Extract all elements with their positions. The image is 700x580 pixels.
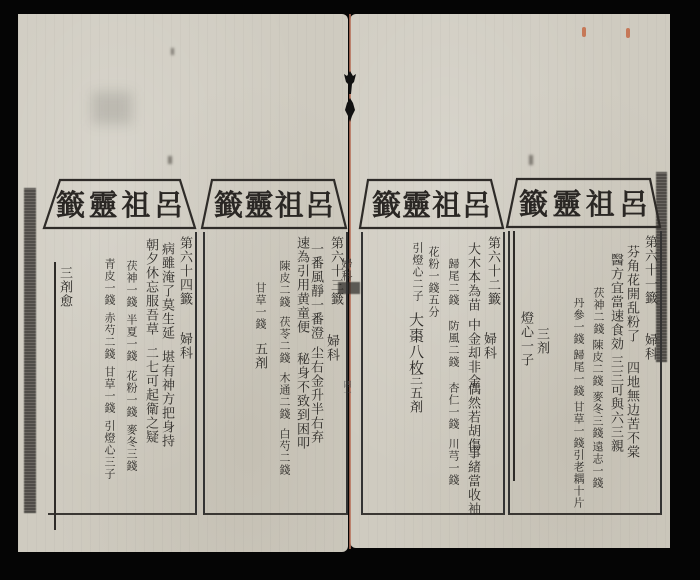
herb-item: 茯神二錢 — [593, 287, 604, 335]
herb-item: 木通二錢 — [279, 372, 290, 420]
fishtail-ornament-icon — [343, 70, 357, 122]
ink-spot — [168, 156, 172, 164]
verse-line: 醫方宜當速食効 — [609, 253, 622, 351]
herb-item: 引燈心二子 — [412, 242, 423, 302]
slip-title: 呂 祖 靈 籤 — [372, 185, 491, 225]
dosage-note: 五剤 — [253, 342, 266, 370]
slip-62: 呂 祖 靈 籤 第六十二籤 婦科 大木本為苗 中金却非金 偶然若胡傷 事緒當收袖… — [358, 178, 505, 515]
slip-number: 第六十一籤 — [643, 235, 656, 305]
dosage-note: 三剤愈 — [58, 266, 71, 308]
herb-item: 麥冬三錢 — [592, 391, 603, 439]
verse-line: 朝夕休忘服吾草 — [144, 238, 157, 336]
verse-line: 速為引用黄童便 — [295, 236, 308, 334]
slip-number: 第六十四籤 — [178, 236, 191, 306]
herb-item: 引老耦十片 — [573, 449, 584, 509]
slip-category: 婦科 — [178, 332, 191, 360]
red-mark — [626, 28, 630, 38]
slip-category: 婦科 — [325, 334, 338, 362]
inner-rule — [513, 231, 515, 481]
slip-header: 呂 祖 靈 籤 — [200, 178, 348, 230]
verse-line: 事緒當收袖 — [466, 446, 479, 516]
herb-item: 茯苓二錢 — [279, 316, 290, 364]
herb-item: 燈心一子 — [519, 311, 532, 367]
red-mark — [582, 27, 586, 37]
slip-64: 呂 祖 靈 籤 第六十四籤 婦科 病雖淹了莫生延 朝夕休忘服吾草 堪有神方把身持… — [42, 178, 197, 515]
verse-line: 大木本為苗 — [466, 242, 479, 312]
verse-line: 堪有神方把身持 — [160, 350, 173, 448]
slip-number: 第六十二籤 — [486, 236, 499, 306]
slip-category: 婦科 — [643, 333, 656, 361]
slip-title: 呂 祖 靈 籤 — [214, 185, 334, 225]
slip-body: 第六十三籤 婦科 一番風靜一番澄 速為引用黄童便 尘右金升半右弃 秘身不致到困叩… — [203, 232, 348, 515]
slip-61: 呂 祖 靈 籤 第六十一籤 婦科 芬角花開乱粉了 醫方宜當速食効 四地無边苦不棠… — [505, 177, 662, 515]
herb-item: 甘草一錢 — [104, 366, 115, 414]
inner-rule — [54, 262, 56, 530]
verse-line: 二七可起衛之疑 — [144, 346, 157, 444]
slip-header: 呂 祖 靈 籤 — [358, 178, 505, 230]
herb-item: 麥冬三錢 — [126, 424, 137, 472]
verse-line: 偶然若胡傷 — [466, 382, 479, 452]
slip-header: 呂 祖 靈 籤 — [505, 177, 662, 229]
herb-item: 歸尾一錢 — [573, 349, 584, 397]
herb-item: 甘草一錢 — [255, 282, 266, 330]
herb-item: 川芎一錢 — [448, 438, 459, 486]
ink-spot — [171, 48, 174, 55]
slip-title: 呂 祖 靈 籤 — [56, 185, 183, 225]
ink-spot — [529, 155, 533, 165]
slip-title: 呂 祖 靈 籤 — [519, 184, 648, 224]
slip-header: 呂 祖 靈 籤 — [42, 178, 197, 230]
herb-item: 半夏一錢 — [126, 314, 137, 362]
herb-item: 茯神一錢 — [126, 260, 137, 308]
verse-line: 病雖淹了莫生延 — [160, 242, 173, 340]
herb-item: 花粉一錢 — [126, 370, 137, 418]
slip-63: 呂 祖 靈 籤 第六十三籤 婦科 一番風靜一番澄 速為引用黄童便 尘右金升半右弃… — [200, 178, 348, 515]
herb-item: 丹參一錢 — [573, 297, 584, 345]
herb-item: 引燈心三子 — [104, 420, 115, 480]
slip-body: 第六十二籤 婦科 大木本為苗 中金却非金 偶然若胡傷 事緒當收袖 歸尾二錢 防風… — [361, 232, 505, 515]
dosage-note: 三剂 — [535, 327, 548, 355]
stain — [92, 92, 132, 124]
herb-item: 歸尾二錢 — [448, 258, 459, 306]
verse-line: 中金却非金 — [466, 318, 479, 388]
verse-line: 三三可與六三親 — [609, 355, 622, 453]
slip-body: 第六十一籤 婦科 芬角花開乱粉了 醫方宜當速食効 四地無边苦不棠 三三可與六三親… — [508, 231, 662, 515]
verse-line: 尘右金升半右弃 — [309, 346, 322, 444]
herb-item: 防風二錢 — [448, 320, 459, 368]
slip-body: 第六十四籤 婦科 病雖淹了莫生延 朝夕休忘服吾草 堪有神方把身持 二七可起衛之疑… — [48, 232, 197, 515]
herb-item: 陳皮二錢 — [592, 339, 603, 387]
herb-item: 甘草一錢 — [573, 401, 584, 449]
verse-line: 四地無边苦不棠 — [625, 361, 638, 459]
left-edge-ink-band — [24, 188, 36, 513]
herb-item: 杏仁一錢 — [448, 382, 459, 430]
verse-line: 秘身不致到困叩 — [295, 352, 308, 450]
herb-item: 花粉一錢五分 — [428, 246, 439, 318]
herb-item: 白芍二錢 — [279, 428, 290, 476]
herb-item: 青皮一錢 — [104, 258, 115, 306]
herb-item: 遠志一錢 — [592, 441, 603, 489]
slip-category: 婦科 — [482, 332, 495, 360]
dosage-note: 三五剤 — [408, 372, 421, 414]
slip-number: 第六十三籤 — [329, 236, 342, 306]
verse-line: 一番風靜一番澄 — [309, 242, 322, 340]
herb-item: 赤芍二錢 — [104, 312, 115, 360]
herb-item: 陳皮二錢 — [279, 260, 290, 308]
verse-line: 芬角花開乱粉了 — [625, 245, 638, 343]
herb-item: 大棗八枚 — [408, 312, 423, 376]
